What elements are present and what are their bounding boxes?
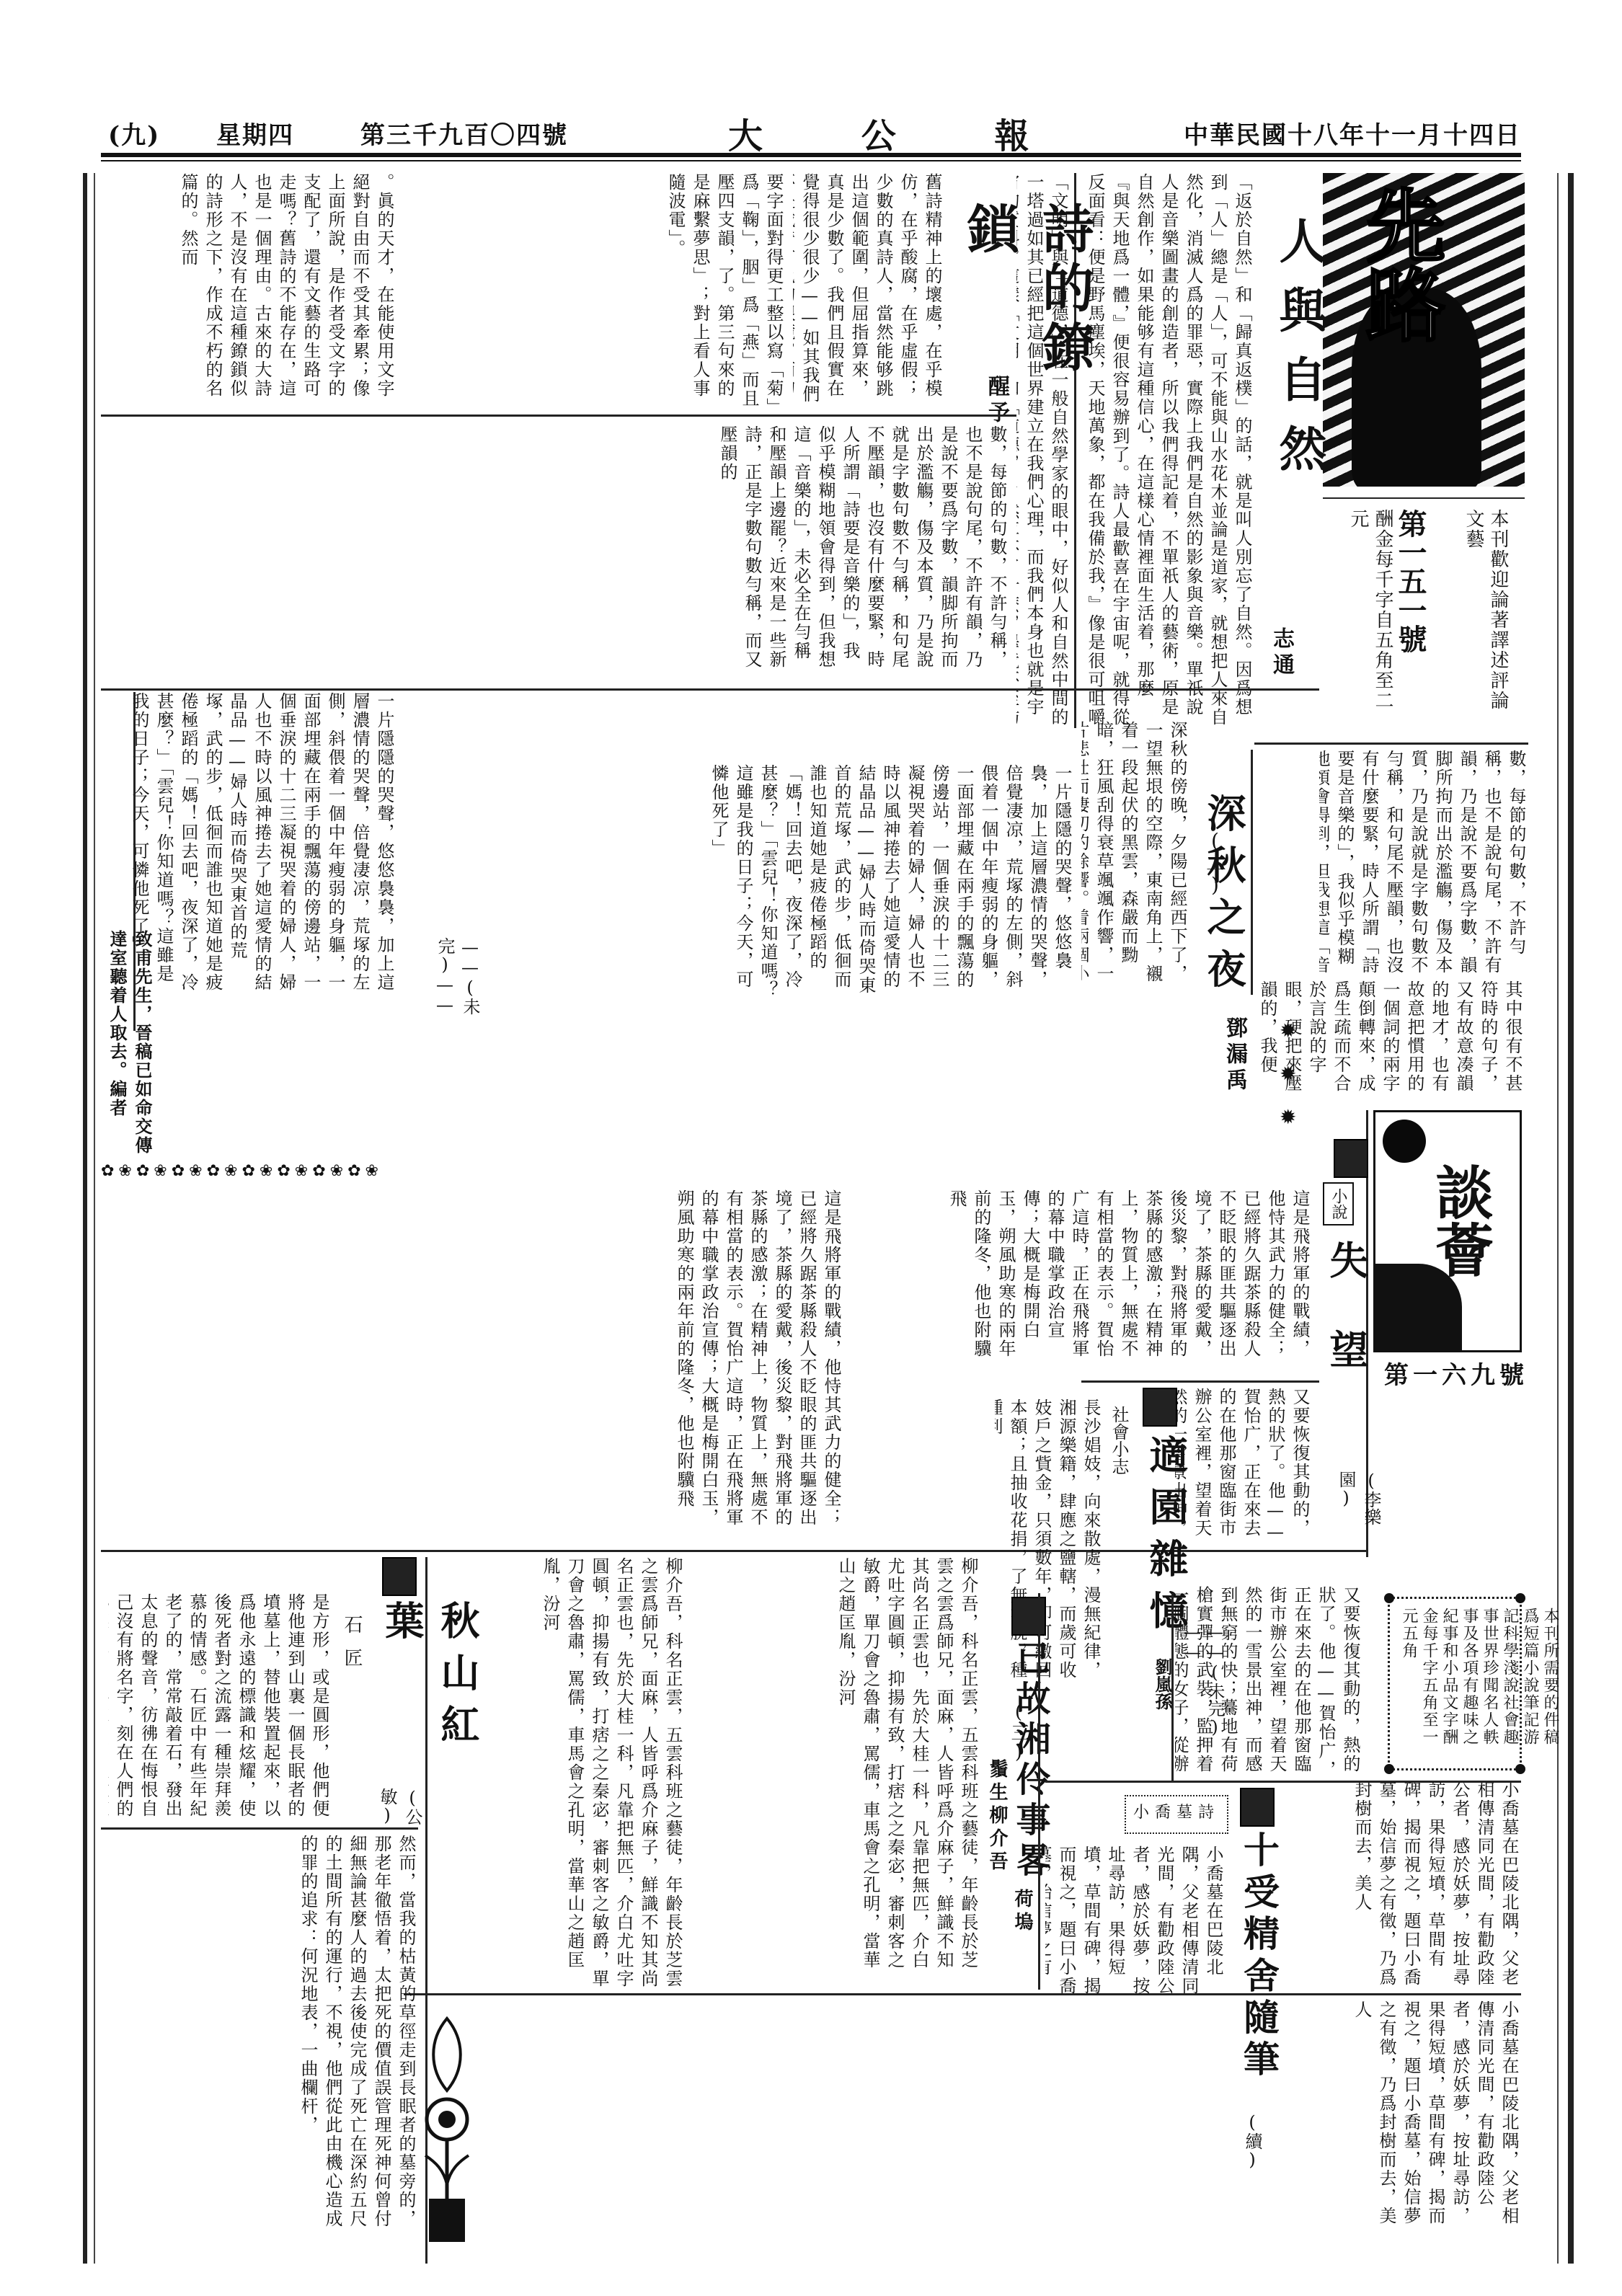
column-body-xiangling: 柳介吾，科名正雲，五雲科班之藝徒，年齡長於芝雲之雲爲師兄，面麻，人皆呼爲介麻子，… <box>692 1557 980 1982</box>
story-body-shiwang-cont: 又要恢復其動的，熱的狀了。他——賀怡广，正在來去的在他那窗臨街市辦公室裡，望着天… <box>1175 1388 1312 1553</box>
category-tag-fiction: 小說 <box>1323 1182 1354 1225</box>
tanshu-notice-box: 本刊所需要的件稿爲短篇小說筆記游記科學淺說社會趣事世界珍聞名人軼事及各項有趣味之… <box>1388 1597 1522 1770</box>
masthead-date: 中華民國十八年十一月十四日 <box>1184 115 1521 151</box>
page-border-right <box>1568 173 1574 2264</box>
column-title-shiyuan: 適園雜憶 <box>1139 1435 1195 1644</box>
story-body-shiwang-left: 這是飛將軍的戰績，他恃其武力的健全；已經將久踞茶縣殺人不眨眼的匪共驅逐出境了，茶… <box>101 1189 843 1543</box>
tanshu-issue-label: 第一六九號 <box>1384 1355 1528 1391</box>
article-title-shenqiu: 深秋之夜 <box>1197 793 1252 1009</box>
section-seal-icon <box>1011 1597 1046 1636</box>
column-author-xiangling: 荷塢 <box>1009 1889 1036 1961</box>
section-rule <box>101 1827 418 1830</box>
story-title-shiwang: 失望 <box>1319 1240 1375 1478</box>
article-body-shi-de-liaosuo-part4: 其中很有不甚符時的句子，又有故意凑韻的地才，也有故意把慣用的一個詞的兩字顛倒轉來… <box>1258 980 1525 1096</box>
column-subhead-shiyuan: 社會小志 <box>1107 1406 1132 1514</box>
masthead-weekday: 星期四 <box>216 115 294 151</box>
xianlu-info-box: 本刊歡迎論著譯述評論文藝 第一五一號 酬金每千字自五角至二元 <box>1323 497 1525 730</box>
page-border-left <box>83 173 87 2264</box>
xianlu-notice: 本刊歡迎論著譯述評論文藝 <box>1445 509 1510 725</box>
article-author-shenqiu: 鄧漏禹 <box>1218 1016 1250 1103</box>
tanshu-woodcut-banner: 談薈 <box>1373 1110 1522 1352</box>
page-border-right-inner <box>1557 173 1559 2264</box>
section-seal-icon <box>1143 1388 1177 1427</box>
xianlu-issue-label: 第一五一號 <box>1390 509 1431 725</box>
article-subhead-qiushan: 石匠 <box>339 1615 365 1701</box>
section-rule <box>404 1993 1521 1995</box>
article-body-shi-de-liaosuo-part3: 數，每節的句數，不許勻稱，也不是說句尾，不許有韻，乃是說不要爲字數，韻脚所拘而出… <box>108 425 1009 678</box>
masthead: 中華民國十八年十一月十四日 大 公 報 第三千九百〇四號 星期四 (九) <box>87 108 1535 166</box>
story-body-shiwang: 這是飛將軍的戰績，他恃其武力的健全；已經將久踞茶縣殺人不眨眼的匪共驅逐出境了，茶… <box>851 1189 1312 1370</box>
book-pile-icon <box>1375 1264 1462 1350</box>
section-seal-icon <box>382 1557 417 1596</box>
editor-note: 致甫先生，晉稿已如命交傳達室聽着人取去。編者 <box>105 930 155 1161</box>
corner-dot-icon <box>1384 1593 1394 1603</box>
section-rule <box>1254 743 1528 745</box>
xianlu-woodcut-banner: 先路 <box>1323 173 1525 487</box>
column-divider <box>1038 1593 1040 1990</box>
column-divider <box>1171 1593 1174 1781</box>
corner-dot-icon <box>1384 1764 1394 1774</box>
article-title-ren-yu-ziran: 人與自然 <box>1265 216 1334 620</box>
reading-figure-icon <box>1383 1120 1426 1163</box>
column-subtitle-xiangling: 鬚生柳介吾 <box>984 1759 1011 1932</box>
tanshu-notice: 本刊所需要的件稿爲短篇小說筆記游記科學淺說社會趣事世界珍聞名人軼事及各項有趣味之… <box>1399 1608 1560 1759</box>
section-rule <box>101 688 1319 691</box>
section-rule <box>1045 1781 1521 1783</box>
article-body-qiushan-part2: 然而，當我的枯黃的草徑走到長眠者的墓旁的，那老年徹悟着，太把死的價值誤管理死神何… <box>108 1835 418 2246</box>
masthead-page-number: (九) <box>108 115 160 151</box>
article-body-shi-de-liaosuo: 舊詩精神上的壞處，在乎模仿，在乎酸腐，在乎虛假；少數的真詩人，當然能够跳出這個範… <box>793 173 944 404</box>
column-body-shiyuan: 長沙娼妓，向來散處，漫無紀律，湘源樂籍，肆應之鹽轄，而歲可收妓戶之貲金，只須數年… <box>995 1399 1103 1680</box>
column-part-xiangling: (三) <box>1006 1701 1032 1759</box>
article-body-shi-de-liaosuo-part5: 。眞的天才，在能使用文字絕對自由而不受其牽累；像上面所說，是作者受文字的支配了，… <box>108 173 396 404</box>
story-author-shiwang: (李樂園) <box>1334 1471 1384 1550</box>
article-body-shi-de-liaosuo-part3b: 數，每節的句數，不許勻稱，也不是說句尾，不許有韻，乃是說不要爲字數，韻脚所拘而出… <box>1319 750 1528 980</box>
article-body-shenqiu: 深秋的傍晚，夕陽已經西下了，一望無垠的空際，東南角上，襯着一段起伏的黑雲，森嚴而… <box>1081 721 1189 995</box>
page-border-left-inner <box>94 173 95 2264</box>
masthead-rule-thin <box>101 160 1521 161</box>
section-rule <box>101 415 1016 417</box>
masthead-paper-name: 大 公 報 <box>728 108 1072 158</box>
xianlu-fee: 酬金每千字自五角至二元 <box>1330 509 1395 725</box>
column-body-shiyi-right: 小喬墓在巴陵北隅，父老相傳清同光間，有勸政陸公者，感於妖夢，按址尋訪，果得短墳，… <box>1312 1781 1521 1990</box>
corner-dot-icon <box>1515 1593 1525 1603</box>
article-title-shi-de-liaosuo: 詩的鐐鎖 <box>952 202 1102 418</box>
section-rule <box>1081 1380 1319 1383</box>
masthead-rule <box>101 153 1521 157</box>
gear-ornament-icon: ✹✹✹ <box>1280 1009 1296 1139</box>
flower-vase-ornament-icon <box>415 2011 479 2249</box>
xianlu-banner-title: 先路 <box>1366 187 1525 346</box>
column-body-shiyi: 小喬墓在巴陵北隅，父老相傳清同光間，有勸政陸公者，感於妖夢，按址尋訪，果得短墳，… <box>1045 1845 1226 1997</box>
floral-divider-ornament: ✿❀✿❀✿❀✿❀✿❀✿❀✿❀✿❀ <box>101 1162 1254 1180</box>
poem-subhead-box: 小喬墓詩 <box>1125 1795 1228 1834</box>
article-body-shenqiu-part2: 一片隱隱的哭聲，悠悠裊裊，加上這層濃情的哭聲，倍覺凄凉，荒塚的左側，斜偎着一個中… <box>404 764 1074 1002</box>
article-body-ren-yu-ziran: 「返於自然」和「歸真返樸」的話，就是叫人別忘了自然。因爲想到「人」總是「人」，可… <box>1081 173 1254 728</box>
column-subhead-shiyi: 小喬墓詩 <box>1126 1796 1227 1830</box>
masthead-issue-number: 第三千九百〇四號 <box>360 115 568 151</box>
article-body-shi-de-liaosuo-part2: 要字面對得更工整以寫「菊」爲「鞠」，胭」爲「燕」而且壓四支韻，了。第三句來的是麻… <box>404 173 786 411</box>
article-part-shenqiu: (二) <box>1200 829 1229 887</box>
column-body-shiyi-bottom: 小喬墓在巴陵北隅，父老相傳清同光間，有勸政陸公者，感於妖夢，按址尋訪，果得短墳，… <box>404 2000 1521 2238</box>
tanshu-banner-title: 談薈 <box>1419 1163 1502 1278</box>
serial-end-marker: ——(未完)—— <box>433 937 483 1016</box>
section-seal-icon <box>1334 1139 1368 1178</box>
section-seal-icon <box>1240 1788 1275 1827</box>
corner-dot-icon <box>1515 1764 1525 1774</box>
article-body-qiushan: 是方形，或是圓形，他們便將他連到山裏一個長眠者的墳墓上，替他裝置起來，以爲他永遠… <box>108 1593 332 1824</box>
article-body-xiangling-left: 柳介吾，科名正雲，五雲科班之藝徒，年齡長於芝雲之雲爲師兄，面麻，人皆呼爲介麻子，… <box>433 1557 685 1990</box>
